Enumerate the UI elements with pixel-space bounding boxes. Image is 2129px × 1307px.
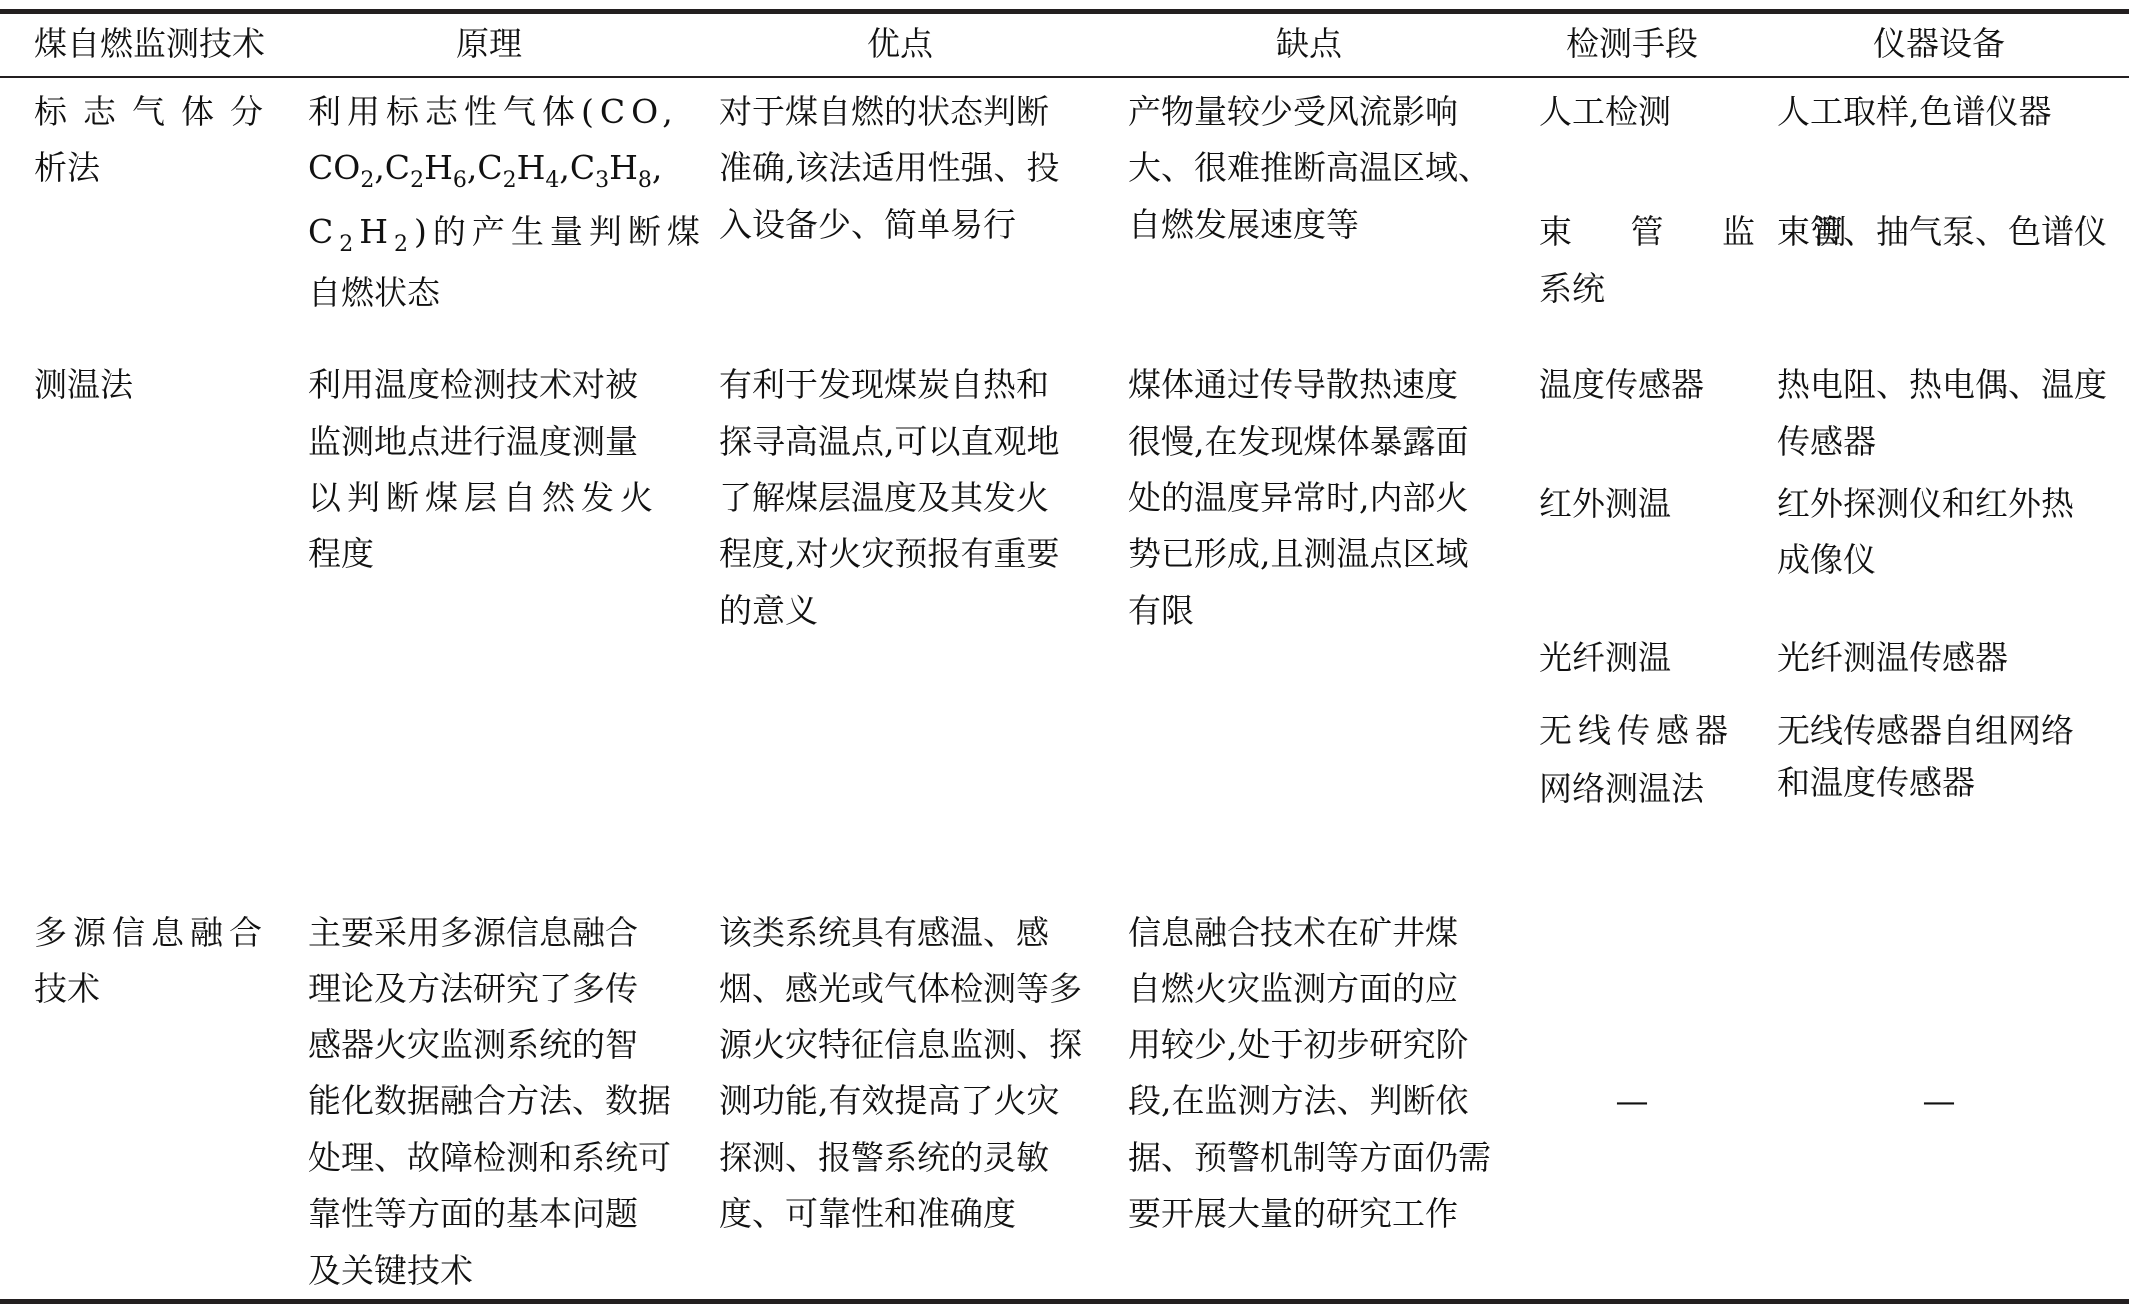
method-cell: 光纤测温 — [1539, 638, 1671, 678]
technique-cell: 多源信息融合 — [34, 913, 268, 953]
principle-cell: 利用温度检测技术对被 — [308, 365, 638, 405]
principle-cell: 处理、故障检测和系统可 — [308, 1138, 671, 1178]
method-cell: 系统 — [1539, 269, 1605, 309]
equipment-cell: 束管、抽气泵、色谱仪 — [1777, 212, 2107, 252]
advantages-cell: 的意义 — [719, 591, 818, 631]
advantages-cell: 源火灾特征信息监测、探 — [719, 1025, 1082, 1065]
disadvantages-cell: 据、预警机制等方面仍需 — [1128, 1138, 1491, 1178]
header-technique: 煤自燃监测技术 — [34, 24, 265, 64]
method-cell: 温度传感器 — [1539, 365, 1704, 405]
header-principle: 原理 — [308, 24, 670, 64]
method-cell: 网络测温法 — [1539, 769, 1704, 809]
technique-cell: 标志气体分 — [34, 92, 279, 132]
method-cell: 无线传感器 — [1539, 711, 1734, 751]
principle-cell: 理论及方法研究了多传 — [308, 969, 638, 1009]
advantages-cell: 程度,对火灾预报有重要 — [719, 534, 1060, 574]
principle-cell: 自燃状态 — [308, 273, 440, 313]
equipment-cell: 光纤测温传感器 — [1777, 638, 2008, 678]
equipment-cell-empty-dash: — — [1774, 1081, 2104, 1121]
table-header-rule — [0, 76, 2129, 78]
method-cell: 人工检测 — [1539, 92, 1671, 132]
advantages-cell: 探测、报警系统的灵敏 — [719, 1138, 1049, 1178]
method-cell: 红外测温 — [1539, 484, 1671, 524]
disadvantages-cell: 用较少,处于初步研究阶 — [1128, 1025, 1469, 1065]
header-advantages: 优点 — [719, 24, 1081, 64]
table-bottom-rule — [0, 1299, 2129, 1304]
disadvantages-cell: 很慢,在发现煤体暴露面 — [1128, 422, 1469, 462]
equipment-cell: 热电阻、热电偶、温度 — [1777, 365, 2107, 405]
technique-cell: 技术 — [34, 969, 100, 1009]
disadvantages-cell: 大、很难推断高温区域、 — [1128, 148, 1491, 188]
disadvantages-cell: 势已形成,且测温点区域 — [1128, 534, 1469, 574]
table-top-rule — [0, 9, 2129, 14]
disadvantages-cell: 要开展大量的研究工作 — [1128, 1194, 1458, 1234]
disadvantages-cell: 处的温度异常时,内部火 — [1128, 478, 1469, 518]
advantages-cell: 了解煤层温度及其发火 — [719, 478, 1049, 518]
disadvantages-cell: 煤体通过传导散热速度 — [1128, 365, 1458, 405]
equipment-cell: 传感器 — [1777, 422, 1876, 462]
technique-cell: 析法 — [34, 148, 100, 188]
equipment-cell: 红外探测仪和红外热 — [1777, 484, 2074, 524]
principle-cell: 能化数据融合方法、数据 — [308, 1081, 671, 1121]
advantages-cell: 入设备少、简单易行 — [719, 205, 1016, 245]
equipment-cell: 成像仪 — [1777, 540, 1876, 580]
equipment-cell: 无线传感器自组网络 — [1777, 711, 2074, 751]
chemical-formula-line: CO2,C2H6,C2H4,C3H8, — [308, 148, 662, 188]
advantages-cell: 测功能,有效提高了火灾 — [719, 1081, 1060, 1121]
disadvantages-cell: 有限 — [1128, 591, 1194, 631]
equipment-cell: 人工取样,色谱仪器 — [1777, 92, 2052, 132]
header-disadvantages: 缺点 — [1128, 24, 1490, 64]
principle-cell: 利用标志性气体(CO, — [308, 92, 679, 132]
chemical-formula-line: C2H2)的产生量判断煤 — [308, 212, 706, 252]
disadvantages-cell: 信息融合技术在矿井煤 — [1128, 913, 1458, 953]
equipment-cell: 和温度传感器 — [1777, 763, 1975, 803]
technique-cell: 测温法 — [34, 365, 133, 405]
principle-cell: 以判断煤层自然发火 — [308, 478, 659, 518]
disadvantages-cell: 段,在监测方法、判断依 — [1128, 1081, 1469, 1121]
header-methods: 检测手段 — [1532, 24, 1732, 64]
advantages-cell: 烟、感光或气体检测等多 — [719, 969, 1082, 1009]
principle-cell: 主要采用多源信息融合 — [308, 913, 638, 953]
principle-cell: 程度 — [308, 534, 374, 574]
method-cell-empty-dash: — — [1532, 1081, 1732, 1121]
principle-cell: 靠性等方面的基本问题 — [308, 1194, 638, 1234]
advantages-cell: 探寻高温点,可以直观地 — [719, 422, 1060, 462]
advantages-cell: 对于煤自燃的状态判断 — [719, 92, 1049, 132]
disadvantages-cell: 自燃火灾监测方面的应 — [1128, 969, 1458, 1009]
advantages-cell: 有利于发现煤炭自热和 — [719, 365, 1049, 405]
header-equipment: 仪器设备 — [1774, 24, 2104, 64]
advantages-cell: 度、可靠性和准确度 — [719, 1194, 1016, 1234]
principle-cell: 及关键技术 — [308, 1251, 473, 1291]
disadvantages-cell: 产物量较少受风流影响 — [1128, 92, 1458, 132]
advantages-cell: 准确,该法适用性强、投 — [719, 148, 1060, 188]
principle-cell: 监测地点进行温度测量 — [308, 422, 638, 462]
principle-cell: 感器火灾监测系统的智 — [308, 1025, 638, 1065]
disadvantages-cell: 自燃发展速度等 — [1128, 205, 1359, 245]
advantages-cell: 该类系统具有感温、感 — [719, 913, 1049, 953]
